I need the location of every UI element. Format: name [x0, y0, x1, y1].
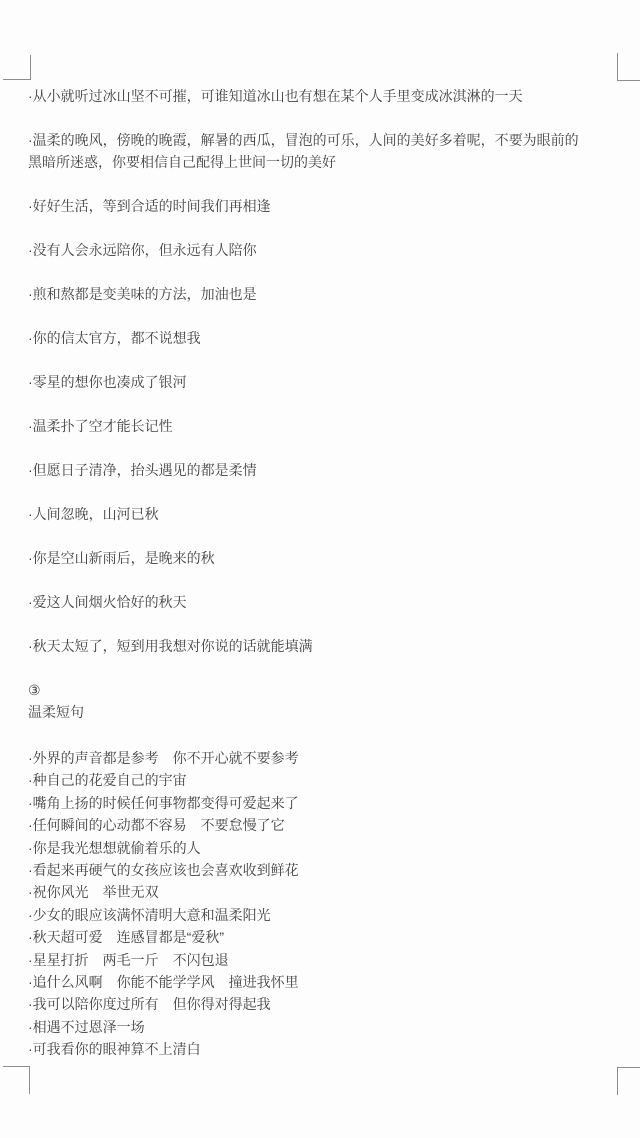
quote-line: ·秋天太短了，短到用我想对你说的话就能填满 — [28, 635, 590, 657]
short-sentence-line: ·追什么风啊 你能不能学学风 撞进我怀里 — [28, 971, 590, 993]
quote-line: ·好好生活，等到合适的时间我们再相逢 — [28, 195, 590, 217]
short-sentence-line: ·你是我光想想就偷着乐的人 — [28, 837, 590, 859]
section-heading: ③ 温柔短句 — [28, 679, 590, 723]
quote-line: ·温柔的晚风，傍晚的晚霞，解暑的西瓜，冒泡的可乐，人间的美好多着呢，不要为眼前的… — [28, 129, 590, 173]
crop-mark-top-left — [3, 55, 31, 80]
quote-line: ·人间忽晚，山河已秋 — [28, 503, 590, 525]
quote-line: ·从小就听过冰山坚不可摧，可谁知道冰山也有想在某个人手里变成冰淇淋的一天 — [28, 85, 590, 107]
short-sentence-line: ·少女的眼应该满怀清明大意和温柔阳光 — [28, 904, 590, 926]
document-page: ·从小就听过冰山坚不可摧，可谁知道冰山也有想在某个人手里变成冰淇淋的一天·温柔的… — [0, 0, 640, 1138]
short-sentence-line: ·种自己的花爱自己的宇宙 — [28, 769, 590, 791]
short-sentence-line: ·看起来再硬气的女孩应该也会喜欢收到鲜花 — [28, 859, 590, 881]
crop-mark-bottom-left — [3, 1066, 30, 1094]
short-sentence-line: ·祝你风光 举世无双 — [28, 881, 590, 903]
section-number: ③ — [28, 679, 590, 701]
quote-line: ·你的信太官方，都不说想我 — [28, 327, 590, 349]
section-title: 温柔短句 — [28, 701, 590, 723]
crop-mark-top-right — [617, 53, 640, 81]
short-sentence-line: ·相遇不过恩泽一场 — [28, 1016, 590, 1038]
quotes-list: ·从小就听过冰山坚不可摧，可谁知道冰山也有想在某个人手里变成冰淇淋的一天·温柔的… — [28, 85, 590, 657]
quote-line: ·没有人会永远陪你，但永远有人陪你 — [28, 239, 590, 261]
quote-line: ·爱这人间烟火恰好的秋天 — [28, 591, 590, 613]
short-sentence-line: ·可我看你的眼神算不上清白 — [28, 1038, 590, 1060]
quote-line: ·你是空山新雨后，是晚来的秋 — [28, 547, 590, 569]
short-sentences-list: ·外界的声音都是参考 你不开心就不要参考·种自己的花爱自己的宇宙·嘴角上扬的时候… — [28, 747, 590, 1061]
quote-line: ·温柔扑了空才能长记性 — [28, 415, 590, 437]
quote-line: ·零星的想你也凑成了银河 — [28, 371, 590, 393]
short-sentence-line: ·嘴角上扬的时候任何事物都变得可爱起来了 — [28, 792, 590, 814]
short-sentence-line: ·外界的声音都是参考 你不开心就不要参考 — [28, 747, 590, 769]
quote-line: ·煎和熬都是变美味的方法，加油也是 — [28, 283, 590, 305]
page-content: ·从小就听过冰山坚不可摧，可谁知道冰山也有想在某个人手里变成冰淇淋的一天·温柔的… — [28, 85, 590, 1061]
short-sentence-line: ·秋天超可爱 连感冒都是“爱秋” — [28, 926, 590, 948]
short-sentence-line: ·任何瞬间的心动都不容易 不要怠慢了它 — [28, 814, 590, 836]
short-sentence-line: ·我可以陪你度过所有 但你得对得起我 — [28, 993, 590, 1015]
crop-mark-bottom-right — [617, 1067, 640, 1095]
short-sentence-line: ·星星打折 两毛一斤 不闪包退 — [28, 949, 590, 971]
quote-line: ·但愿日子清净，抬头遇见的都是柔情 — [28, 459, 590, 481]
